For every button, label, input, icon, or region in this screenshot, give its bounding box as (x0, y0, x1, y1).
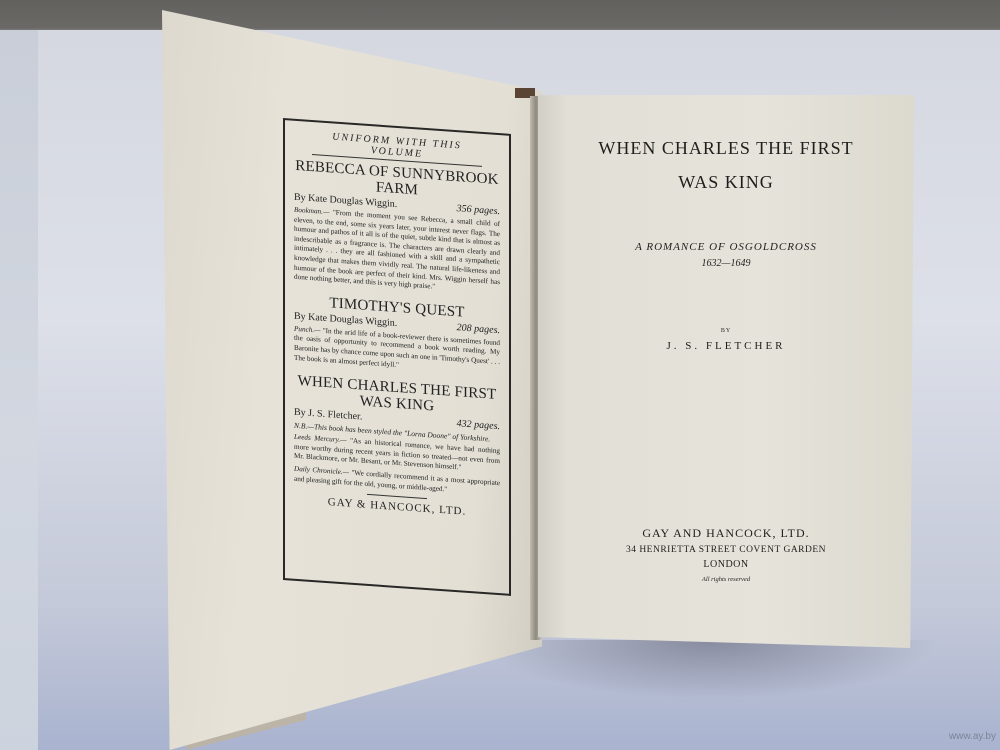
ad-book-2: TIMOTHY'S QUEST By Kate Douglas Wiggin. … (294, 293, 500, 378)
book-shadow (480, 640, 940, 700)
review-source: Bookman.— (294, 206, 329, 216)
publisher-address: 34 HENRIETTA STREET COVENT GARDEN (538, 545, 914, 555)
watermark: www.ay.by (949, 731, 996, 742)
ad-pages: 356 pages. (457, 203, 500, 217)
ad-book-1: REBECCA OF SUNNYBROOK FARM By Kate Dougl… (294, 158, 500, 297)
publisher-city: LONDON (538, 559, 914, 570)
by-label: BY (538, 328, 914, 334)
review-source: Punch.— (294, 325, 321, 335)
ad-pages: 432 pages. (457, 418, 500, 432)
wall-strip (0, 30, 38, 750)
author: J. S. FLETCHER (538, 340, 914, 352)
book-title: WHEN CHARLES THE FIRST WAS KING (538, 131, 914, 199)
title-line-2: WAS KING (538, 165, 914, 199)
ad-book-3: WHEN CHARLES THE FIRST WAS KING By J. S.… (294, 373, 500, 520)
publisher: GAY AND HANCOCK, LTD. (538, 526, 914, 541)
advertisement-box: UNIFORM WITH THIS VOLUME REBECCA OF SUNN… (283, 118, 511, 596)
ad-review: Bookman.— "From the moment you see Rebec… (294, 206, 500, 297)
title-line-1: WHEN CHARLES THE FIRST (538, 131, 914, 165)
review-text: "From the moment you see Rebecca, a smal… (294, 208, 500, 290)
divider (367, 494, 427, 499)
rights-notice: All rights reserved (538, 576, 914, 583)
ad-pages: 208 pages. (457, 322, 500, 336)
years: 1632—1649 (538, 258, 914, 269)
subtitle: A ROMANCE OF OSGOLDCROSS (538, 241, 914, 253)
ad-author: By J. S. Fletcher. (294, 407, 362, 423)
ad-publisher: GAY & HANCOCK, LTD. (294, 494, 500, 520)
title-page: WHEN CHARLES THE FIRST WAS KING A ROMANC… (538, 95, 914, 648)
